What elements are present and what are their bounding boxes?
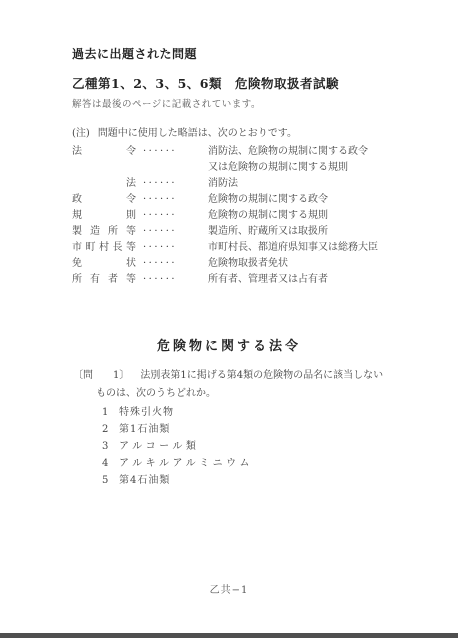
abbreviation-term: 製造所等 bbox=[72, 224, 136, 240]
abbreviation-definition: 危険物取扱者免状 bbox=[208, 256, 288, 272]
abbreviation-definition: 危険物の規制に関する規則 bbox=[208, 208, 328, 224]
page-title: 乙種第1、2、3、5、6類 危険物取扱者試験 bbox=[72, 74, 339, 92]
option-label: 第4石油類 bbox=[119, 472, 170, 489]
option-label: 特殊引火物 bbox=[119, 404, 174, 421]
abbreviation-row: 所有者等 ······ 所有者、管理者又は占有者 bbox=[72, 272, 378, 288]
abbreviation-definition: 製造所、貯蔵所又は取扱所 bbox=[208, 224, 328, 240]
leader-dots: ······ bbox=[143, 240, 193, 256]
abbreviation-term: 政令 bbox=[72, 192, 136, 208]
document-page: 過去に出題された問題 乙種第1、2、3、5、6類 危険物取扱者試験 解答は最後の… bbox=[0, 0, 458, 640]
abbreviation-term: 法令 bbox=[72, 144, 136, 160]
abbreviation-term: 所有者等 bbox=[72, 272, 136, 288]
leader-dots: ······ bbox=[143, 224, 193, 240]
abbreviation-row: 政令 ······ 危険物の規制に関する政令 bbox=[72, 192, 378, 208]
leader-dots: ······ bbox=[143, 208, 193, 224]
note-label: (注) bbox=[72, 128, 90, 139]
abbreviation-row: 法令 ······ 消防法、危険物の規制に関する政令 又は危険物の規制に関する規… bbox=[72, 144, 378, 176]
option-row: 5 第4石油類 bbox=[102, 472, 253, 489]
option-number: 5 bbox=[102, 472, 119, 489]
abbreviation-definition: 消防法 bbox=[208, 176, 238, 192]
abbreviation-row: 規則 ······ 危険物の規制に関する規則 bbox=[72, 208, 378, 224]
abbreviation-row: 製造所等 ······ 製造所、貯蔵所又は取扱所 bbox=[72, 224, 378, 240]
option-row: 1 特殊引火物 bbox=[102, 404, 253, 421]
section-heading: 危険物に関する法令 bbox=[0, 335, 458, 354]
question-line-1: 〔問 1〕法別表第1に掲げる第4類の危険物の品名に該当しない bbox=[73, 367, 403, 385]
abbreviation-definition: 市町村長、都道府県知事又は総務大臣 bbox=[208, 240, 378, 256]
option-row: 4 アルキルアルミニウム bbox=[102, 455, 253, 472]
question-number: 〔問 1〕 bbox=[73, 370, 129, 381]
abbreviation-definition: 所有者、管理者又は占有者 bbox=[208, 272, 328, 288]
leader-dots: ······ bbox=[143, 176, 193, 192]
question-line-2: ものは、次のうちどれか。 bbox=[96, 385, 403, 403]
option-label: 第1石油類 bbox=[119, 421, 170, 438]
scan-edge bbox=[0, 633, 458, 638]
abbreviation-definition: 危険物の規制に関する政令 bbox=[208, 192, 328, 208]
page-number: 乙共−1 bbox=[0, 581, 458, 596]
leader-dots: ······ bbox=[143, 192, 193, 208]
abbreviation-term: 免状 bbox=[72, 256, 136, 272]
abbreviation-row: 法 ······ 消防法 bbox=[72, 176, 378, 192]
option-number: 3 bbox=[102, 438, 119, 455]
abbreviation-term: 市町村長等 bbox=[72, 240, 136, 256]
option-label: アルコール類 bbox=[119, 438, 199, 455]
question-block: 〔問 1〕法別表第1に掲げる第4類の危険物の品名に該当しない ものは、次のうちど… bbox=[73, 367, 403, 403]
abbreviation-term: 規則 bbox=[72, 208, 136, 224]
abbreviation-term: 法 bbox=[72, 176, 136, 192]
leader-dots: ······ bbox=[143, 256, 193, 272]
leader-dots: ······ bbox=[143, 144, 193, 160]
question-text: 法別表第1に掲げる第4類の危険物の品名に該当しない bbox=[140, 370, 383, 381]
note-text: 問題中に使用した略語は、次のとおりです。 bbox=[98, 128, 297, 139]
option-number: 2 bbox=[102, 421, 119, 438]
option-label: アルキルアルミニウム bbox=[119, 455, 253, 472]
option-row: 3 アルコール類 bbox=[102, 438, 253, 455]
note-line: (注)問題中に使用した略語は、次のとおりです。 bbox=[72, 124, 297, 139]
option-list: 1 特殊引火物 2 第1石油類 3 アルコール類 4 アルキルアルミニウム 5 … bbox=[102, 404, 253, 489]
option-number: 1 bbox=[102, 404, 119, 421]
leader-dots: ······ bbox=[143, 272, 193, 288]
abbreviation-row: 市町村長等 ······ 市町村長、都道府県知事又は総務大臣 bbox=[72, 240, 378, 256]
option-row: 2 第1石油類 bbox=[102, 421, 253, 438]
subtitle: 解答は最後のページに記載されています。 bbox=[72, 96, 261, 110]
abbreviation-list: 法令 ······ 消防法、危険物の規制に関する政令 又は危険物の規制に関する規… bbox=[72, 144, 378, 288]
option-number: 4 bbox=[102, 455, 119, 472]
abbreviation-row: 免状 ······ 危険物取扱者免状 bbox=[72, 256, 378, 272]
abbreviation-definition: 消防法、危険物の規制に関する政令 又は危険物の規制に関する規則 bbox=[208, 144, 368, 176]
kicker: 過去に出題された問題 bbox=[72, 45, 197, 62]
